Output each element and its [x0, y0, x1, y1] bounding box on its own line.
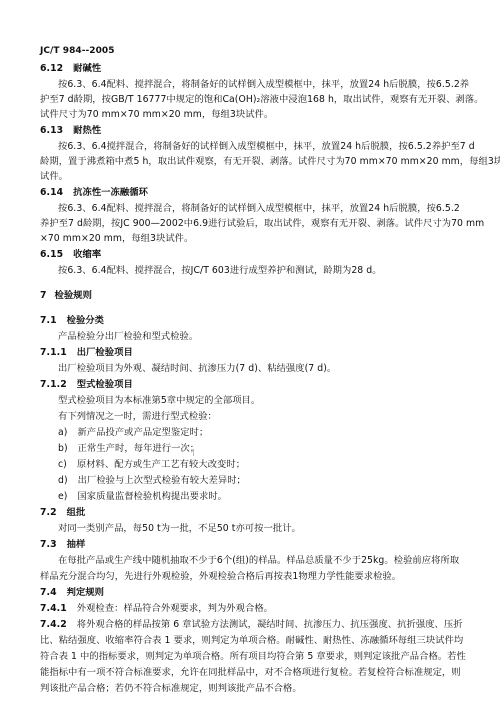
- paragraph-line: 有下列情况之一时，需进行型式检验：: [58, 411, 217, 423]
- chapter-title: 检验规则: [55, 290, 92, 301]
- section-heading-7-1: 7.1检验分类: [40, 315, 104, 327]
- section-title: 型式检验项目: [77, 379, 133, 390]
- section-title: 耐热性: [73, 125, 101, 136]
- paragraph-line: 能指标中有一项不符合标准要求，允许在同批样品中，对不合格项进行复检。若复检符合标…: [40, 667, 461, 679]
- clause-text: 外观检查：样品符合外观要求，判为外观合格。: [77, 603, 273, 614]
- section-number: 7.3: [40, 539, 57, 550]
- section-heading-7-1-2: 7.1.2型式检验项目: [40, 379, 133, 391]
- paragraph-line: ×70 mm×20 mm，每组3块试件。: [40, 233, 193, 245]
- clause-7-4-2: 7.4.2将外观合格的样品按第 6 章试验方法测试，凝结时间、抗渗压力、抗压强度…: [40, 619, 463, 631]
- paragraph-line: 符合表 1 中的指标要求，则判定为单项合格。所有项目均符合第 5 章要求，则判定…: [40, 651, 466, 663]
- chapter-heading-7: 7检验规则: [40, 290, 92, 302]
- paragraph-line: 样品充分混合均匀，先进行外观检验，外观检验合格后再按表1物理力学性能要求检验。: [40, 571, 401, 583]
- paragraph-line: 按6.3、6.4搅拌混合，将制备好的试样倒入成型模框中，抹平，放置24 h后脱膜…: [58, 141, 475, 153]
- section-title: 出厂检验项目: [77, 347, 133, 358]
- paragraph-line: 比、粘结强度、收缩率符合表 1 要求，则判定为单项合格。耐碱性、耐热性、冻融循环…: [40, 635, 463, 647]
- list-text: 原材料、配方或生产工艺有较大改变时；: [77, 459, 245, 470]
- clause-text: 将外观合格的样品按第 6 章试验方法测试，凝结时间、抗渗压力、抗压强度、抗折强度…: [77, 619, 463, 630]
- paragraph-line: 试件。: [40, 171, 68, 183]
- section-heading-6-15: 6.15收缩率: [40, 249, 101, 261]
- section-heading-7-3: 7.3抽样: [40, 539, 85, 551]
- list-label: d): [58, 475, 68, 486]
- section-number: 7.1.1: [40, 347, 67, 358]
- section-title: 判定规则: [67, 587, 104, 598]
- paragraph-line: 按6.3、6.4配料、搅拌混合，将制备好的试样倒入成型模框中，抹平，放置24 h…: [58, 203, 460, 215]
- paragraph-line: 出厂检验项目为外观、凝结时间、抗渗压力(7 d)、粘结强度(7 d)。: [58, 363, 336, 375]
- paragraph-line: 养护至7 d龄期，按JC 900—2002中6.9进行试验后，取出试件，观察有无…: [40, 218, 484, 230]
- paragraph-line: 在每批产品或生产线中随机抽取不少于6个(组)的样品。样品总质量不少于25kg。检…: [58, 555, 459, 567]
- list-label: b): [58, 443, 68, 454]
- list-item: d)出厂检验与上次型式检验有较大差异时；: [58, 475, 246, 487]
- clause-number: 7.4.2: [40, 619, 67, 630]
- section-title: 耐碱性: [73, 63, 101, 74]
- paragraph-line: 护至7 d龄期，按GB/T 16777中规定的饱和Ca(OH)₂溶液中浸泡168…: [40, 94, 483, 106]
- list-text: 正常生产时，每年进行一次；: [78, 443, 200, 454]
- list-label: a): [58, 427, 67, 438]
- section-title: 抗冻性一冻融循环: [73, 187, 148, 198]
- section-title: 抽样: [67, 539, 86, 550]
- paragraph-line: 判该批产品合格；若仍不符合标准规定，则判该批产品不合格。: [40, 683, 302, 695]
- section-number: 7.1: [40, 315, 57, 326]
- list-item: a)新产品投产或产品定型鉴定时；: [58, 427, 208, 439]
- paragraph-line: 产品检验分出厂检验和型式检验。: [58, 331, 198, 343]
- paragraph-line: 试件尺寸为70 mm×70 mm×20 mm，每组3块试件。: [40, 109, 273, 121]
- list-item: c)原材料、配方或生产工艺有较大改变时；: [58, 459, 245, 471]
- section-heading-6-14: 6.14抗冻性一冻融循环: [40, 187, 148, 199]
- section-heading-7-1-1: 7.1.1出厂检验项目: [40, 347, 133, 359]
- list-text: 国家质量监督检验机构提出要求时。: [77, 491, 227, 502]
- paragraph-line: 按6.3、6.4配料、搅拌混合，按JC/T 603进行成型养护和测试，龄期为28…: [58, 265, 382, 277]
- document-page: JC/T 984--2005 6.12耐碱性 按6.3、6.4配料、搅拌混合，将…: [0, 0, 500, 728]
- section-number: 6.13: [40, 125, 63, 136]
- paragraph-line: 按6.3、6.4配料、搅拌混合，将制备好的试样倒入成型模框中，抹平，放置24 h…: [58, 79, 469, 91]
- section-number: 7.4: [40, 587, 57, 598]
- section-number: 7.1.2: [40, 379, 67, 390]
- clause-7-4-1: 7.4.1外观检查：样品符合外观要求，判为外观合格。: [40, 603, 273, 615]
- list-label: e): [58, 491, 67, 502]
- section-title: 检验分类: [67, 315, 104, 326]
- section-heading-6-13: 6.13耐热性: [40, 125, 101, 137]
- paragraph-line: 型式检验项目为本标准第5章中规定的全部项目。: [58, 395, 260, 407]
- list-item: b)正常生产时，每年进行一次；: [58, 443, 199, 455]
- section-number: 6.12: [40, 63, 63, 74]
- section-heading-7-4: 7.4判定规则: [40, 587, 104, 599]
- section-heading-7-2: 7.2组批: [40, 507, 85, 519]
- section-title: 收缩率: [73, 249, 101, 260]
- section-number: 7.2: [40, 507, 57, 518]
- list-label: c): [58, 459, 67, 470]
- scan-artifact: [193, 449, 194, 456]
- section-number: 6.15: [40, 249, 63, 260]
- list-text: 新产品投产或产品定型鉴定时；: [77, 427, 208, 438]
- doc-header-id: JC/T 984--2005: [40, 45, 115, 57]
- list-item: e)国家质量监督检验机构提出要求时。: [58, 491, 227, 503]
- section-title: 组批: [67, 507, 86, 518]
- clause-number: 7.4.1: [40, 603, 67, 614]
- paragraph-line: 对同一类别产品，每50 t为一批，不足50 t亦可按一批计。: [58, 523, 301, 535]
- section-number: 6.14: [40, 187, 63, 198]
- paragraph-line: 龄期，置于沸煮箱中煮5 h，取出试件观察，有无开裂、剥落。试件尺寸为70 mm×…: [40, 156, 500, 168]
- chapter-number: 7: [40, 290, 47, 301]
- list-text: 出厂检验与上次型式检验有较大差异时；: [78, 475, 246, 486]
- section-heading-6-12: 6.12耐碱性: [40, 63, 101, 75]
